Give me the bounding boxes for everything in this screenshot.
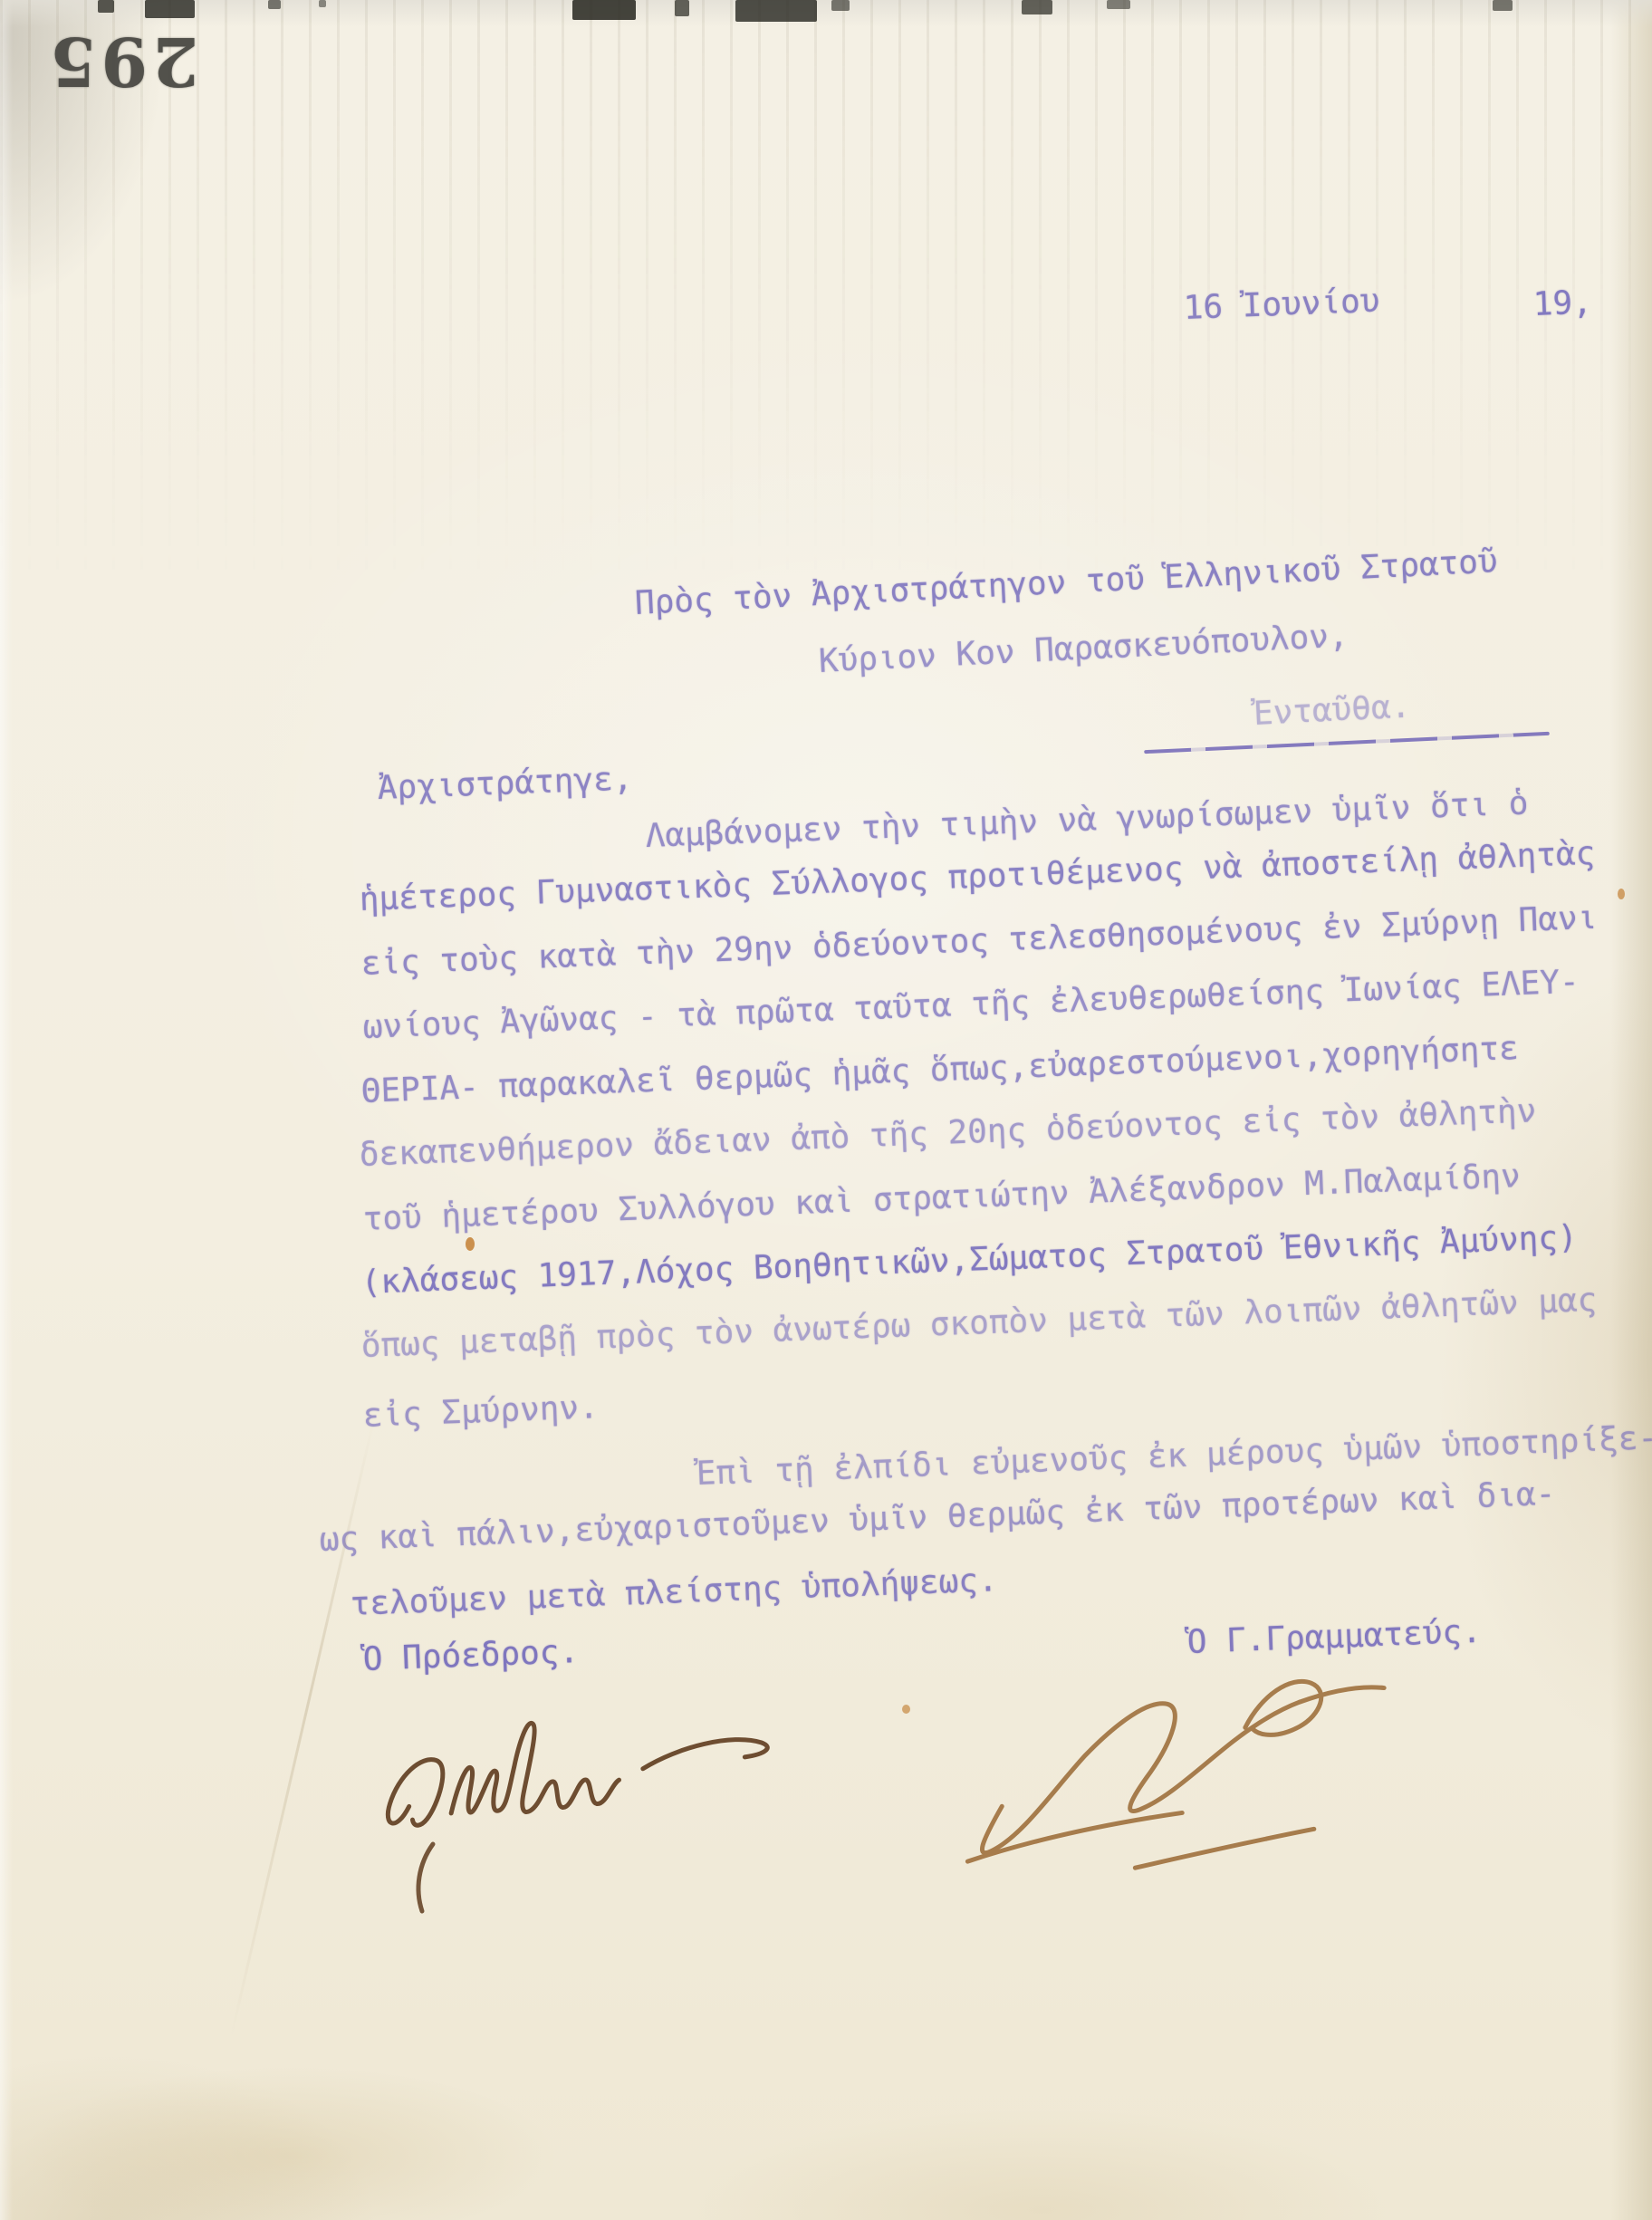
archive-number-stamp: 295 <box>45 22 198 100</box>
scan-artifact <box>145 0 195 18</box>
date-day-month: 16 Ἰουνίου <box>1183 283 1380 328</box>
scanned-letter-page: 295 16 Ἰουνίου 19, Πρὸς τὸν Ἀρχιστράτηγο… <box>0 0 1652 2220</box>
paper-scan-streaks <box>0 0 1652 580</box>
scan-artifact <box>572 0 636 20</box>
scan-artifact <box>831 0 850 11</box>
body-line: δεκαπενθήμερον ἄδειαν ἀπὸ τῆς 20ης ὁδεύο… <box>359 1092 1537 1175</box>
scan-artifact <box>98 0 114 13</box>
date-year: 19, <box>1532 284 1593 324</box>
pen-stray-mark <box>406 1837 446 1918</box>
closing-line: τελοῦμεν μετὰ πλείστης ὑπολήψεως. <box>350 1562 998 1624</box>
scan-artifact <box>1107 0 1130 9</box>
salutation: Ἀρχιστράτηγε, <box>377 760 633 808</box>
scan-artifact <box>675 0 689 16</box>
recipient-line: Κύριον Κον Παρασκευόπουλον, <box>818 617 1349 681</box>
recipient-line: Ἐνταῦθα. <box>1253 688 1411 734</box>
rust-spot <box>466 1237 475 1251</box>
scan-artifact <box>268 0 281 9</box>
secretary-signature <box>935 1640 1438 1900</box>
scan-artifact <box>1022 0 1052 14</box>
body-line: εἰς Σμύρνην. <box>362 1389 599 1436</box>
closing-line: ως καὶ πάλιν,εὐχαριστοῦμεν ὑμῖν θερμῶς ἐ… <box>319 1475 1556 1560</box>
scan-artifact <box>735 0 817 22</box>
scan-artifact <box>1493 0 1513 11</box>
scan-artifact <box>319 0 326 7</box>
president-title: Ὁ Πρόεδρος. <box>362 1633 580 1679</box>
rust-spot <box>1618 889 1625 899</box>
recipient-underline <box>1144 732 1550 754</box>
recipient-line: Πρὸς τὸν Ἀρχιστράτηγον τοῦ Ἑλληνικοῦ Στρ… <box>634 543 1499 623</box>
rust-spot <box>902 1705 910 1714</box>
paper-crease <box>229 1421 374 2040</box>
